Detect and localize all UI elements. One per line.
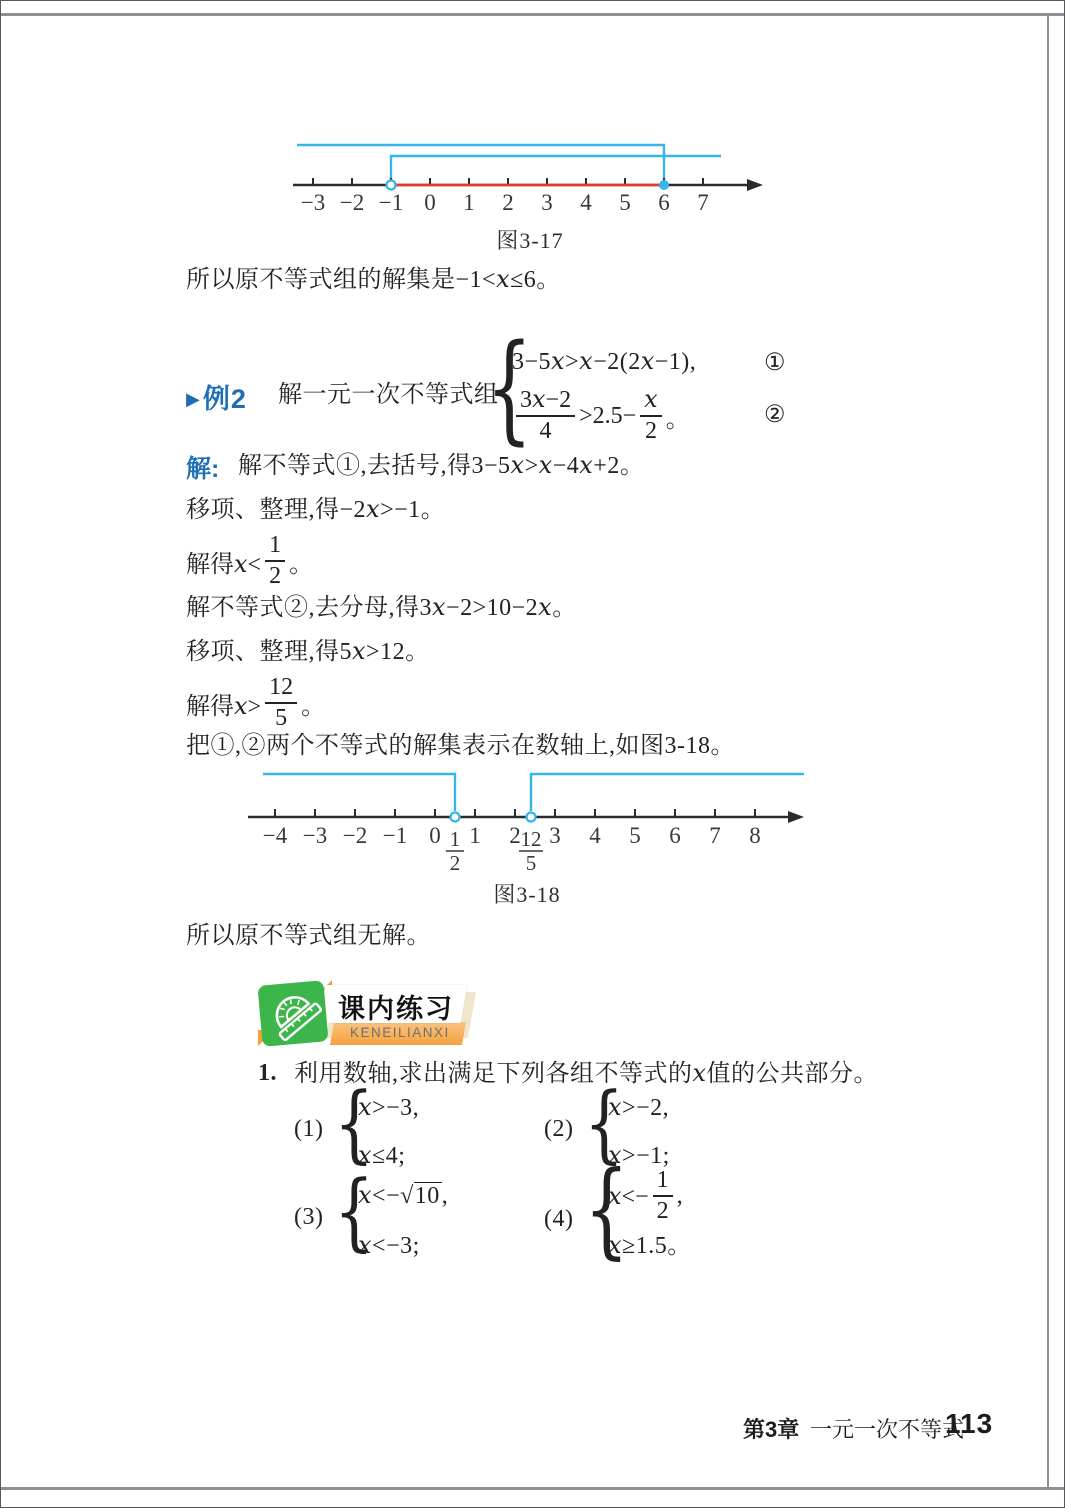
example2-eq1-tag: ① [764,348,786,377]
tick-labels: −3−2 −10 12 34 56 7 [301,190,709,215]
footer-page-number: 113 [945,1408,993,1440]
fraction: 125 [265,674,297,733]
number-line-figure-3-17: −3−2 −10 12 34 56 7 [285,128,775,224]
svg-text:3: 3 [541,190,553,215]
solution-step-6: 解得x>125。 [186,672,325,734]
system3-line2: x<−3; [358,1230,420,1261]
system4-line1: x<−12, [608,1168,683,1224]
figure-caption-3-18: 图3-18 [238,878,816,909]
svg-text:7: 7 [709,823,721,848]
svg-text:−3: −3 [303,823,327,848]
svg-text:4: 4 [589,823,601,848]
solution-step-5: 移项、整理,得5x>12。 [186,636,430,667]
svg-text:2: 2 [450,851,461,875]
fraction-label-half: 1 2 [446,827,464,875]
svg-text:5: 5 [629,823,641,848]
textbook-page: { "fig1": { "caption": "图3-17", "ticks":… [0,0,1065,1508]
example2-eq2: 3x−24>2.5−x2。 [512,384,690,448]
fraction: 12 [265,532,285,591]
svg-text:1: 1 [463,190,475,215]
bracket-x-le-6 [297,145,664,180]
axis-arrow [747,179,763,191]
svg-text:5: 5 [619,190,631,215]
example2-label: ▶例2 [186,377,247,416]
system1-line1: x>−3, [358,1092,419,1123]
svg-text:−1: −1 [379,190,403,215]
svg-text:7: 7 [697,190,709,215]
svg-text:−3: −3 [301,190,325,215]
svg-text:0: 0 [429,823,441,848]
bracket-x-lt-half [263,774,455,811]
axis-ticks [275,809,755,817]
example2-intro: 解一元一次不等式组 [278,380,499,410]
tick-labels: −4−3 −2−1 01 23 45 67 8 [263,823,761,848]
protractor-ruler-icon [257,980,328,1047]
svg-text:−2: −2 [343,823,367,848]
badge-subtitle: KENEILIANXI [350,1025,450,1040]
system4-line2: x≥1.5。 [608,1230,692,1261]
fraction: 3x−24 [516,386,575,446]
svg-text:5: 5 [526,851,537,875]
conclusion-solution-set: 所以原不等式组的解集是−1<x≤6。 [186,264,561,295]
badge-green-tile [257,980,328,1047]
svg-text:6: 6 [658,190,670,215]
system4-label: (4) [544,1204,573,1234]
solution-step-4: 解不等式②,去分母,得3x−2>10−2x。 [186,592,577,623]
svg-text:3: 3 [549,823,561,848]
system2-line1: x>−2, [608,1092,669,1123]
bracket-x-gt-12-5 [531,774,804,811]
open-circle-half [451,813,460,822]
svg-text:8: 8 [749,823,761,848]
solution-step-2: 移项、整理,得−2x>−1。 [186,494,445,525]
conclusion-no-solution: 所以原不等式组无解。 [186,921,431,951]
practice-badge: 课内练习 KENEILIANXI [258,980,473,1050]
right-rule [1047,13,1049,1490]
solution-step-3: 解得x<12。 [186,532,313,590]
example2-eq2-tag: ② [764,400,786,429]
svg-text:6: 6 [669,823,681,848]
top-rule [0,13,1065,16]
fraction: 12 [653,1167,673,1226]
open-circle-minus1 [387,181,396,190]
footer-chapter: 第3章 [743,1413,799,1444]
open-circle-12-5 [527,813,536,822]
bracket-x-gt-minus1 [391,156,721,180]
solution-label: 解: [186,449,219,485]
svg-text:2: 2 [509,823,521,848]
system3-line1: x<−√10, [358,1180,448,1211]
figure-caption-3-17: 图3-17 [285,224,775,255]
footer-chapter-title: 一元一次不等式 [810,1413,964,1444]
svg-text:1: 1 [469,823,481,848]
solution-step-1: 解不等式①,去括号,得3−5x>x−4x+2。 [238,450,644,481]
svg-text:1: 1 [450,827,461,851]
svg-text:−4: −4 [263,823,288,848]
svg-text:−2: −2 [340,190,364,215]
svg-text:2: 2 [502,190,514,215]
example2-eq1: 3−5x>x−2(2x−1), [512,346,696,377]
number-line-figure-3-18: −4−3 −2−1 01 23 45 67 8 1 2 12 5 [238,750,816,876]
axis-arrow [788,811,804,823]
svg-text:12: 12 [521,827,542,851]
problem1-number: 1. [258,1058,277,1088]
fraction-label-12-5: 12 5 [519,827,543,875]
closed-circle-6 [659,180,669,190]
svg-text:−1: −1 [383,823,407,848]
svg-text:0: 0 [424,190,436,215]
bottom-rule [0,1487,1065,1490]
example-arrow-icon: ▶ [186,389,201,409]
system1-label: (1) [294,1114,323,1144]
system3-label: (3) [294,1202,323,1232]
fraction: x2 [640,386,662,446]
badge-title: 课内练习 [338,987,454,1026]
svg-text:4: 4 [580,190,592,215]
system2-label: (2) [544,1114,573,1144]
